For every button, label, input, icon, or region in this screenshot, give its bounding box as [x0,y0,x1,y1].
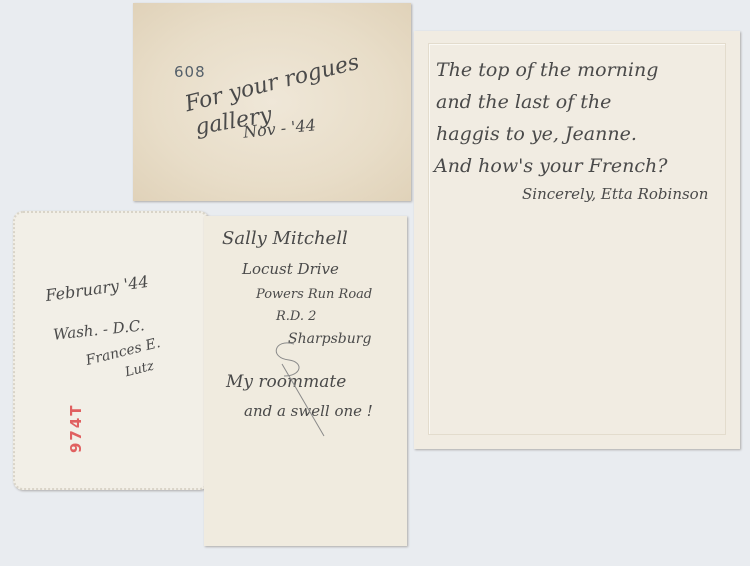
photo-back-card-frances-lutz: February '44 Wash. - D.C. Frances E. Lut… [13,211,209,490]
note-line-3: haggis to ye, Jeanne. [436,125,637,144]
note-signature: Sincerely, Etta Robinson [522,187,708,202]
inscription-surname: Lutz [124,360,155,380]
pencil-scribble-mark [264,336,334,446]
inscription-place: Wash. - D.C. [52,318,145,343]
card-number: 608 [174,63,206,81]
photo-back-card-rogues-gallery: 608 For your rogues gallery Nov - '44 [133,3,411,201]
address-name: Sally Mitchell [222,230,348,248]
note-line-2: and the last of the [436,93,611,112]
inscription-line-1: For your rogues [183,52,362,117]
inscription-date: Nov - '44 [242,117,316,141]
red-stamp-number: 974T [67,403,85,453]
inscription-date: February '44 [44,274,149,304]
address-line-2: Powers Run Road [256,288,372,301]
note-line-1: The top of the morning [436,61,658,80]
address-line-1: Locust Drive [242,262,339,277]
address-line-3: R.D. 2 [276,310,316,323]
photo-back-card-etta-robinson: The top of the morning and the last of t… [414,31,740,449]
photo-back-card-sally-mitchell: Sally Mitchell Locust Drive Powers Run R… [204,216,407,546]
note-line-4: And how's your French? [434,157,667,176]
